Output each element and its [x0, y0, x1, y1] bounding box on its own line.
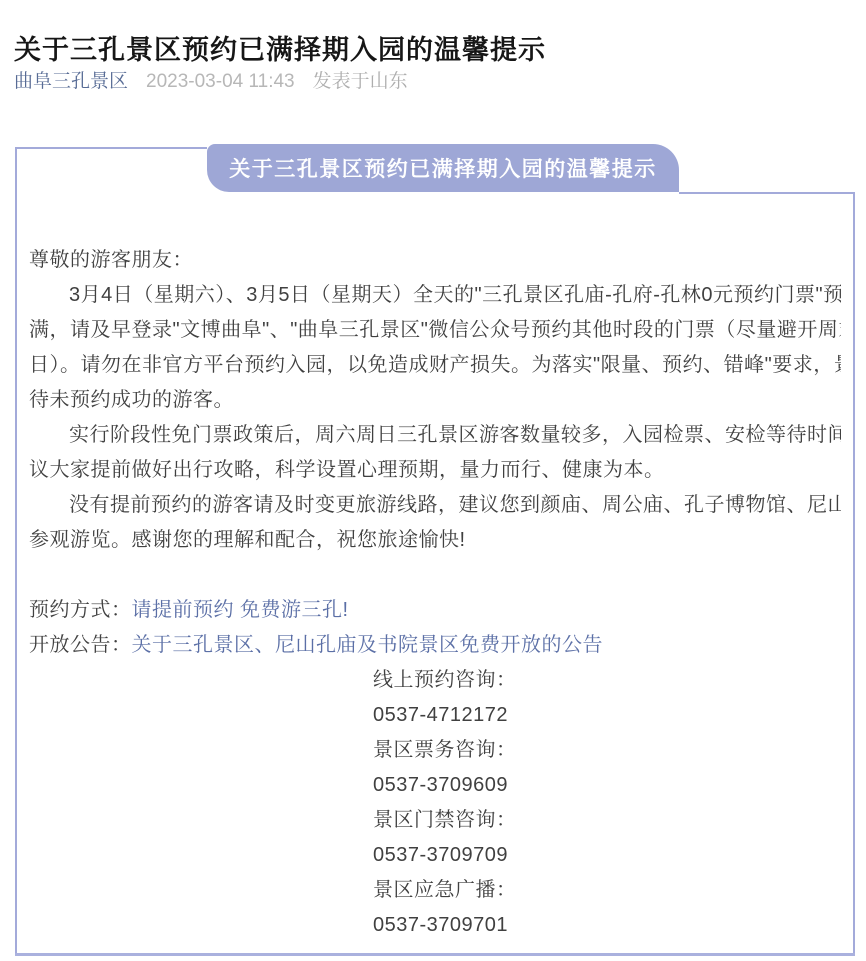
booking-link[interactable]: 请提前预约 免费游三孔!	[132, 599, 349, 621]
open-notice-line: 开放公告：关于三孔景区、尼山孔庙及书院景区免费开放的公告	[29, 628, 841, 663]
contact-line: 0537-3709701	[373, 908, 841, 943]
publish-location: 发表于山东	[313, 71, 408, 92]
booking-label: 预约方式：	[29, 599, 132, 621]
booking-line: 预约方式：请提前预约 免费游三孔!	[29, 593, 841, 628]
body-line: 满，请及早登录"文博曲阜"、"曲阜三孔景区"微信公众号预约其他时段的门票（尽量避…	[29, 313, 841, 348]
article-title: 关于三孔景区预约已满择期入园的温馨提示	[14, 30, 854, 70]
contact-list: 线上预约咨询：0537-4712172景区票务咨询：0537-3709609景区…	[373, 663, 841, 943]
open-notice-link[interactable]: 关于三孔景区、尼山孔庙及书院景区免费开放的公告	[132, 634, 604, 656]
contact-line: 0537-4712172	[373, 698, 841, 733]
card-border-right	[853, 192, 855, 953]
card-border-top-right	[679, 192, 855, 194]
notice-card: 关于三孔景区预约已满择期入园的温馨提示 尊敬的游客朋友：3月4日（星期六）、3月…	[15, 147, 855, 956]
contact-line: 线上预约咨询：	[373, 663, 841, 698]
byline: 曲阜三孔景区2023-03-04 11:43发表于山东	[14, 68, 408, 96]
notice-body: 尊敬的游客朋友：3月4日（星期六）、3月5日（星期天）全天的"三孔景区孔庙-孔府…	[29, 243, 841, 558]
notice-content: 尊敬的游客朋友：3月4日（星期六）、3月5日（星期天）全天的"三孔景区孔庙-孔府…	[29, 243, 841, 943]
body-line: 3月4日（星期六）、3月5日（星期天）全天的"三孔景区孔庙-孔府-孔林0元预约门…	[29, 278, 841, 313]
body-line: 没有提前预约的游客请及时变更旅游线路，建议您到颜庙、周公庙、孔子博物馆、尼山圣境…	[29, 488, 841, 523]
blank-line	[29, 558, 841, 593]
body-line: 日）。请勿在非官方平台预约入园，以免造成财产损失。为落实"限量、预约、错峰"要求…	[29, 348, 841, 383]
contact-line: 景区应急广播：	[373, 873, 841, 908]
open-notice-label: 开放公告：	[29, 634, 132, 656]
account-link[interactable]: 曲阜三孔景区	[14, 71, 128, 92]
card-border-left	[15, 147, 17, 953]
body-line: 尊敬的游客朋友：	[29, 243, 841, 278]
body-line: 议大家提前做好出行攻略，科学设置心理预期，量力而行、健康为本。	[29, 453, 841, 488]
card-border-bottom	[15, 953, 855, 956]
contact-line: 0537-3709709	[373, 838, 841, 873]
card-border-top-left	[15, 147, 207, 149]
contact-line: 景区票务咨询：	[373, 733, 841, 768]
notice-banner-title: 关于三孔景区预约已满择期入园的温馨提示	[229, 153, 657, 183]
contact-line: 景区门禁咨询：	[373, 803, 841, 838]
body-line: 待未预约成功的游客。	[29, 383, 841, 418]
body-line: 实行阶段性免门票政策后，周六周日三孔景区游客数量较多，入园检票、安检等待时间会较…	[29, 418, 841, 453]
publish-date: 2023-03-04 11:43	[146, 71, 295, 92]
contact-line: 0537-3709609	[373, 768, 841, 803]
notice-banner: 关于三孔景区预约已满择期入园的温馨提示	[207, 144, 679, 192]
body-line: 参观游览。感谢您的理解和配合，祝您旅途愉快!	[29, 523, 841, 558]
